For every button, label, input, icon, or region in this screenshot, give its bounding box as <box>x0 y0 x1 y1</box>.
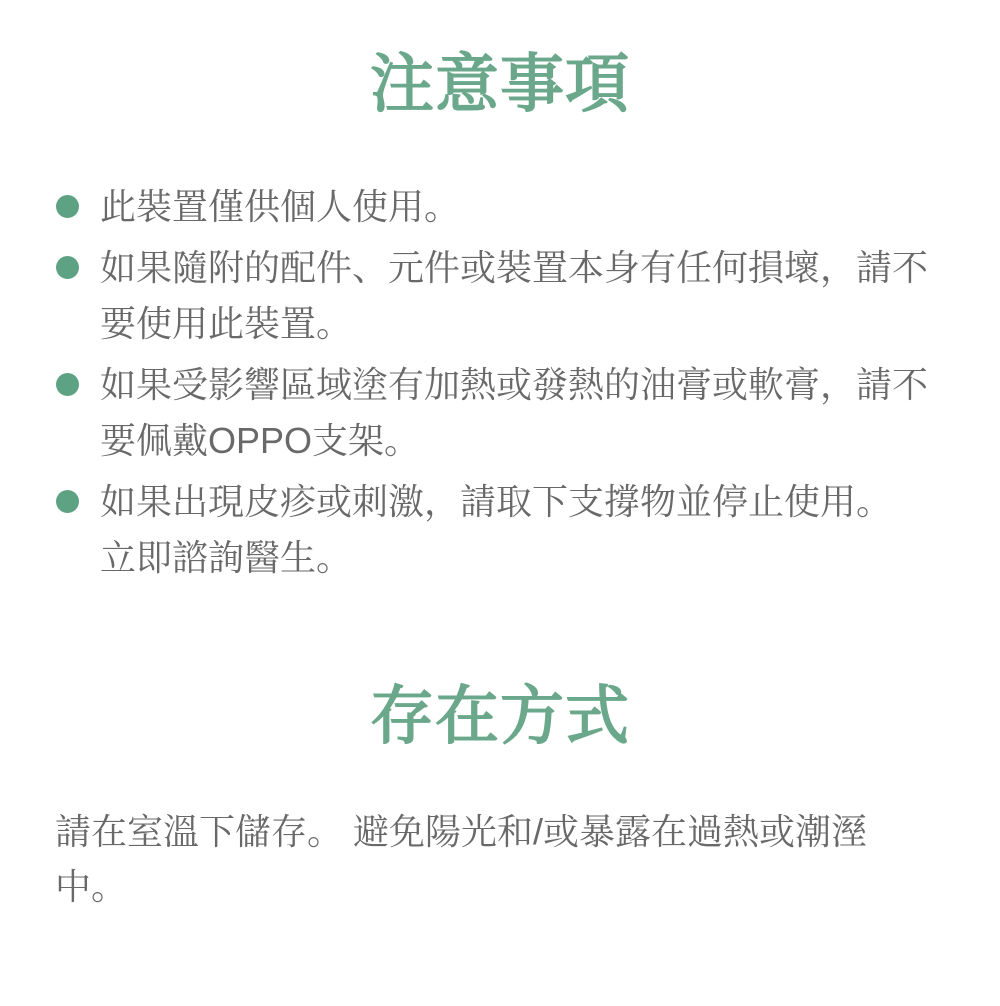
bullet-dot-icon <box>56 490 79 513</box>
bullet-text: 如果隨附的配件、元件或裝置本身有任何損壞，請不 要使用此裝置。 <box>100 247 928 344</box>
list-item: 如果受影響區域塗有加熱或發熱的油膏或軟膏，請不 要佩戴OPPO支架。 <box>100 357 936 469</box>
list-item: 此裝置僅供個人使用。 <box>100 179 936 235</box>
list-item: 如果隨附的配件、元件或裝置本身有任何損壞，請不 要使用此裝置。 <box>100 240 936 352</box>
bullet-text: 如果出現皮疹或刺激，請取下支撐物並停止使用。 立即諮詢醫生。 <box>100 481 892 578</box>
notice-bullet-list: 此裝置僅供個人使用。 如果隨附的配件、元件或裝置本身有任何損壞，請不 要使用此裝… <box>0 179 1000 586</box>
storage-instructions-text: 請在室溫下儲存。 避免陽光和/或暴露在過熱或潮溼 中。 <box>55 804 940 914</box>
bullet-dot-icon <box>56 373 79 396</box>
notice-document-page: 注意事項 此裝置僅供個人使用。 如果隨附的配件、元件或裝置本身有任何損壞，請不 … <box>0 0 1000 1006</box>
bullet-dot-icon <box>56 256 79 279</box>
notice-section-title: 注意事項 <box>0 0 1000 116</box>
bullet-dot-icon <box>56 195 79 218</box>
storage-section-title: 存在方式 <box>0 684 1000 748</box>
bullet-text: 此裝置僅供個人使用。 <box>100 186 460 227</box>
list-item: 如果出現皮疹或刺激，請取下支撐物並停止使用。 立即諮詢醫生。 <box>100 474 936 586</box>
bullet-text: 如果受影響區域塗有加熱或發熱的油膏或軟膏，請不 要佩戴OPPO支架。 <box>100 364 928 461</box>
